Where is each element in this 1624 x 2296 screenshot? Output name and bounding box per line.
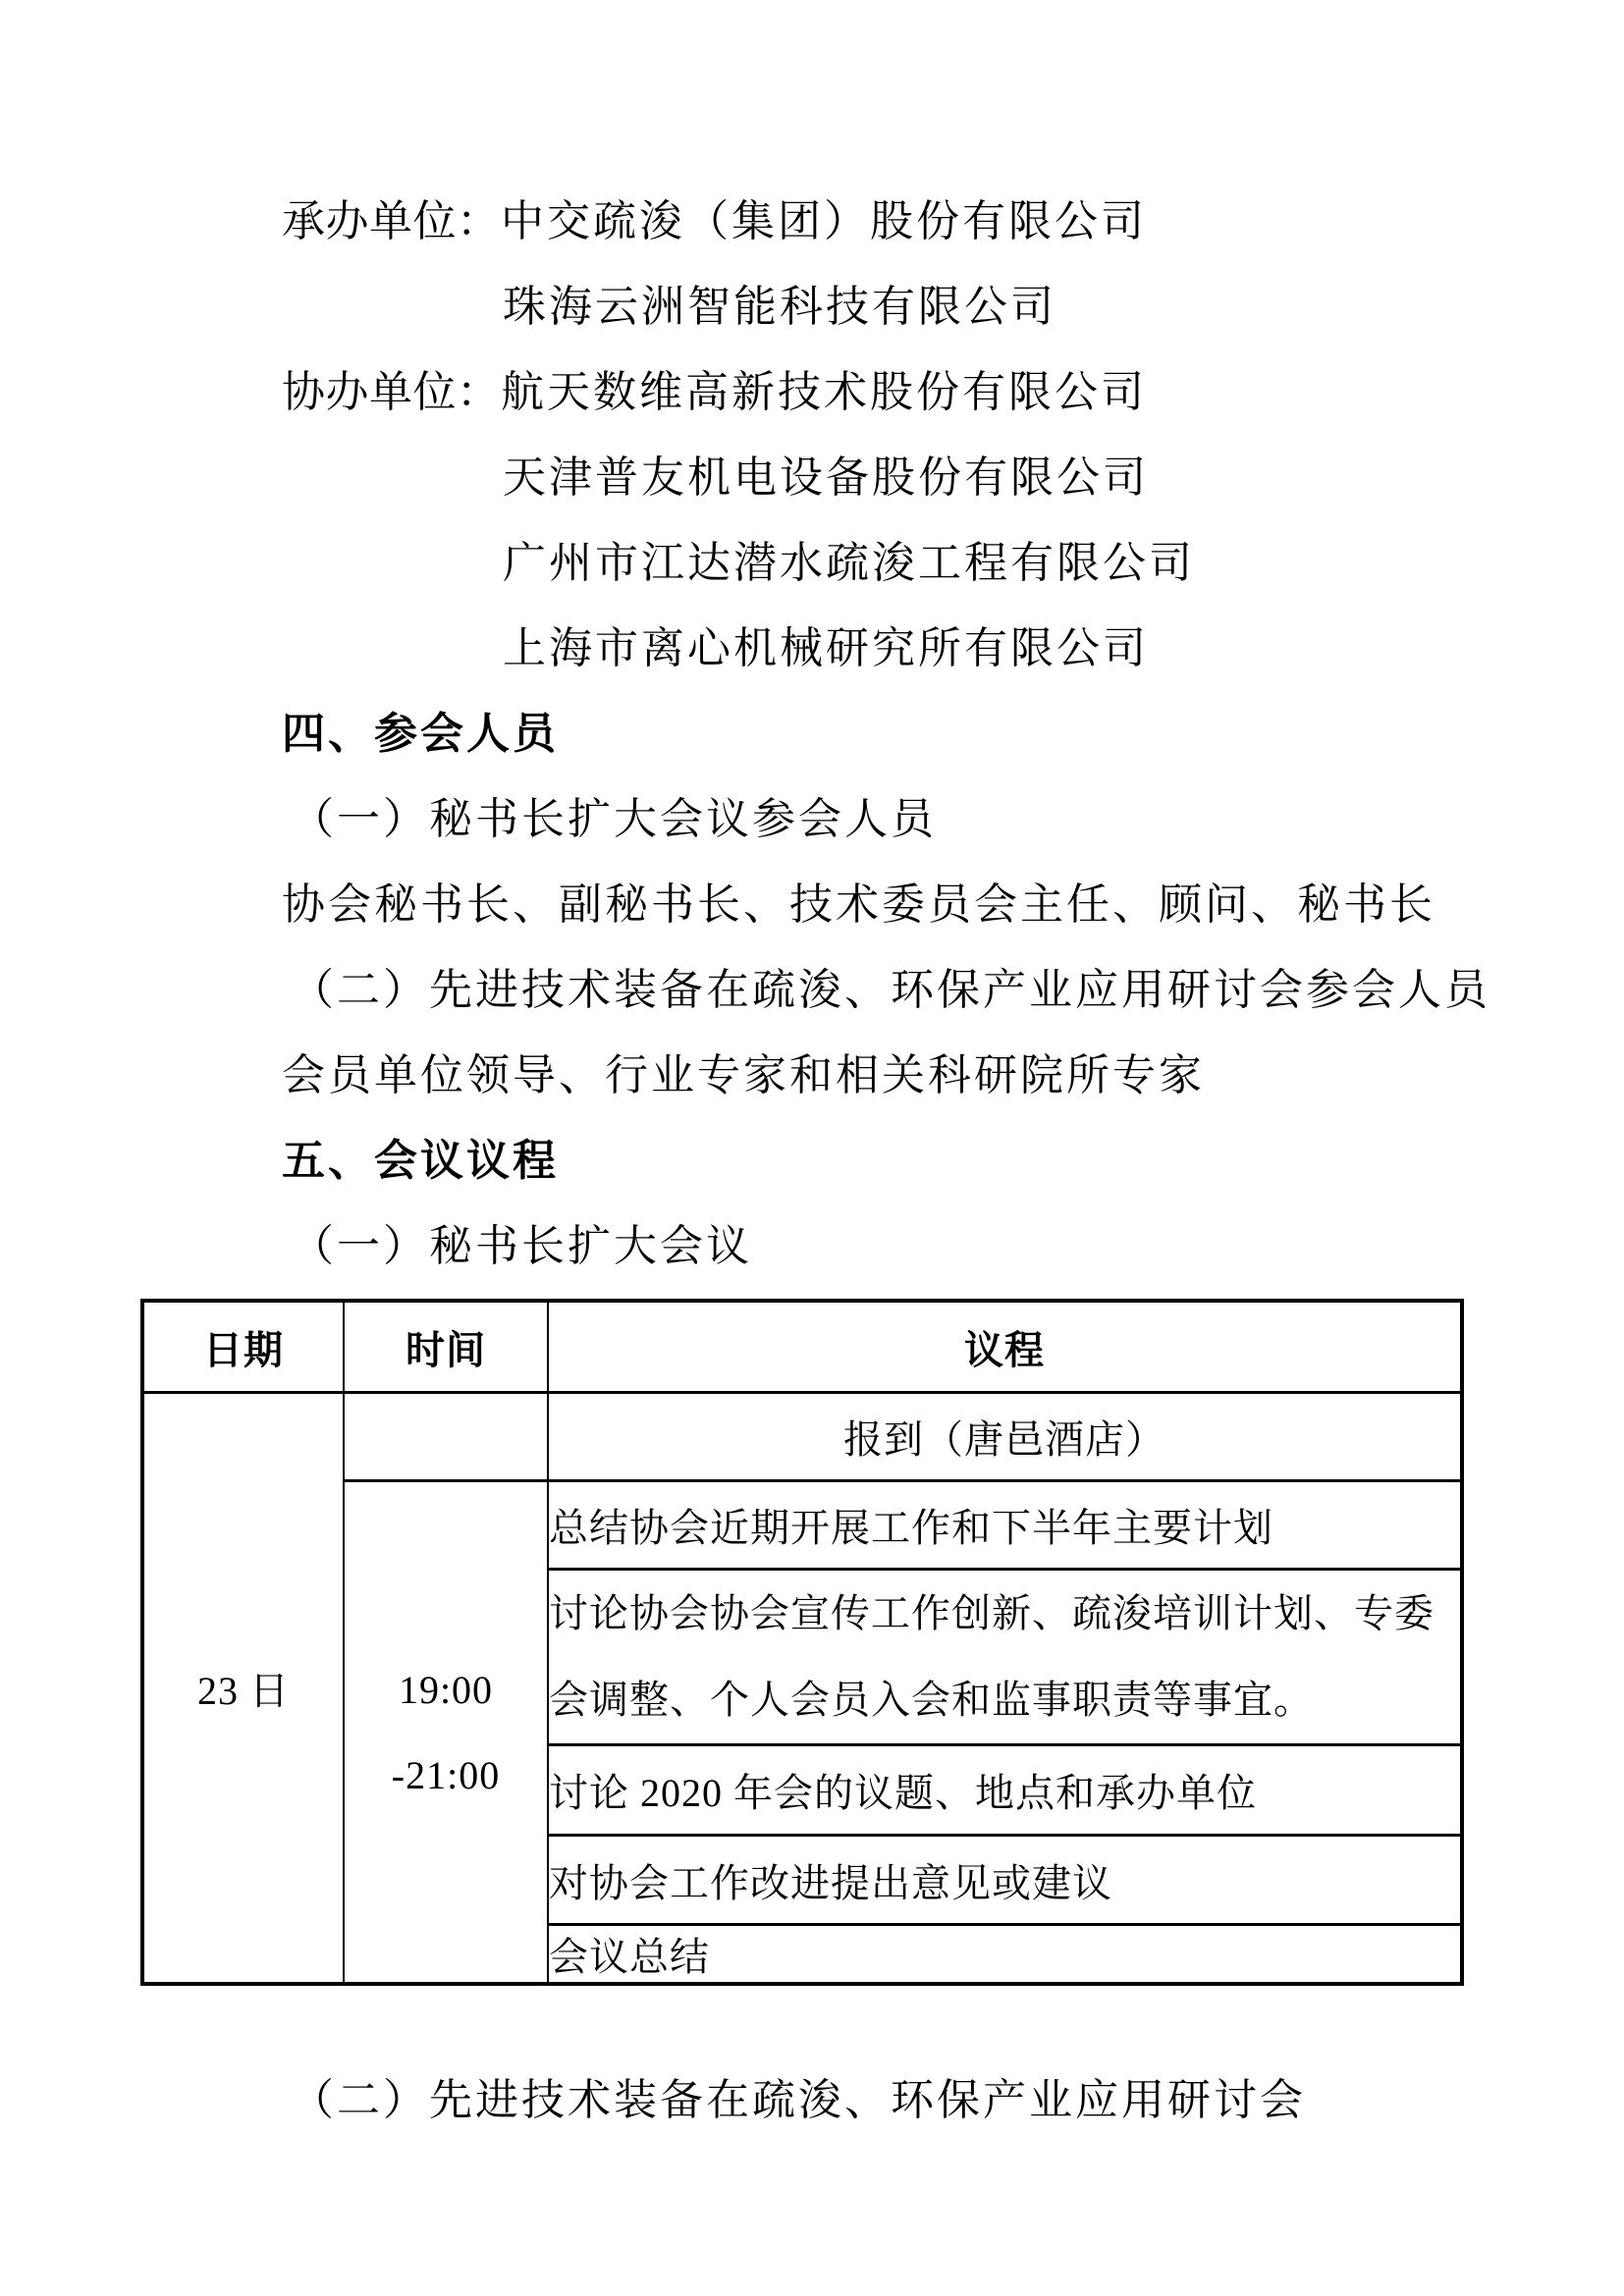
table-header-date: 日期 [142, 1301, 344, 1393]
document-page: 承办单位：中交疏浚（集团）股份有限公司 珠海云洲智能科技有限公司 协办单位：航天… [0, 0, 1624, 2296]
paragraph-co-organizer: 协办单位：航天数维高新技术股份有限公司 [0, 349, 1624, 435]
subheading-4-1: （一）秘书长扩大会议参会人员 [0, 776, 1624, 862]
co-organizer-name-4: 上海市离心机械研究所有限公司 [0, 606, 1624, 691]
co-organizer-name-2: 天津普友机电设备股份有限公司 [0, 435, 1624, 520]
host-unit-label: 承办单位： [282, 179, 501, 264]
time-cell: 19:00 -21:00 [344, 1481, 548, 1985]
table-header-agenda: 议程 [548, 1301, 1462, 1393]
agenda-cell-discussion-1: 讨论协会协会宣传工作创新、疏浚培训计划、专委 会调整、个人会员入会和监事职责等事… [548, 1570, 1462, 1745]
host-unit-name-1: 中交疏浚（集团）股份有限公司 [501, 197, 1147, 245]
agenda-cell-checkin: 报到（唐邑酒店） [548, 1393, 1462, 1481]
time-start: 19:00 [345, 1647, 547, 1733]
time-end: -21:00 [345, 1733, 547, 1818]
table-row-checkin: 23 日 报到（唐邑酒店） [142, 1393, 1462, 1481]
subheading-5-1: （一）秘书长扩大会议 [0, 1203, 1624, 1289]
heading-section-4-participants: 四、参会人员 [0, 691, 1624, 776]
co-organizer-label: 协办单位： [282, 349, 501, 435]
agenda-table: 日期 时间 议程 23 日 报到（唐邑酒店） 19:00 -21:00 总结协会… [140, 1299, 1464, 1986]
co-organizer-name-3: 广州市江达潜水疏浚工程有限公司 [0, 520, 1624, 606]
heading-section-5-agenda: 五、会议议程 [0, 1118, 1624, 1203]
document-content: 承办单位：中交疏浚（集团）股份有限公司 珠海云洲智能科技有限公司 协办单位：航天… [0, 0, 1624, 2143]
date-cell: 23 日 [142, 1393, 344, 1985]
participants-list-1: 协会秘书长、副秘书长、技术委员会主任、顾问、秘书长 [0, 862, 1624, 947]
agenda-cell-discussion-2020: 讨论 2020 年会的议题、地点和承办单位 [548, 1745, 1462, 1836]
subheading-5-2: （二）先进技术装备在疏浚、环保产业应用研讨会 [0, 2057, 1624, 2143]
agenda-cell-suggestions: 对协会工作改进提出意见或建议 [548, 1836, 1462, 1925]
discussion-1-line-2: 会调整、个人会员入会和监事职责等事宜。 [549, 1657, 1460, 1743]
subheading-4-2: （二）先进技术装备在疏浚、环保产业应用研讨会参会人员 [0, 947, 1624, 1033]
agenda-cell-conclusion: 会议总结 [548, 1925, 1462, 1985]
agenda-cell-summary: 总结协会近期开展工作和下半年主要计划 [548, 1481, 1462, 1570]
discussion-1-line-1: 讨论协会协会宣传工作创新、疏浚培训计划、专委 [549, 1571, 1460, 1657]
time-cell-empty [344, 1393, 548, 1481]
table-header-time: 时间 [344, 1301, 548, 1393]
co-organizer-name-1: 航天数维高新技术股份有限公司 [501, 368, 1147, 416]
participants-list-2: 会员单位领导、行业专家和相关科研院所专家 [0, 1033, 1624, 1118]
paragraph-host-unit: 承办单位：中交疏浚（集团）股份有限公司 [0, 179, 1624, 264]
table-header-row: 日期 时间 议程 [142, 1301, 1462, 1393]
host-unit-name-2: 珠海云洲智能科技有限公司 [0, 264, 1624, 349]
